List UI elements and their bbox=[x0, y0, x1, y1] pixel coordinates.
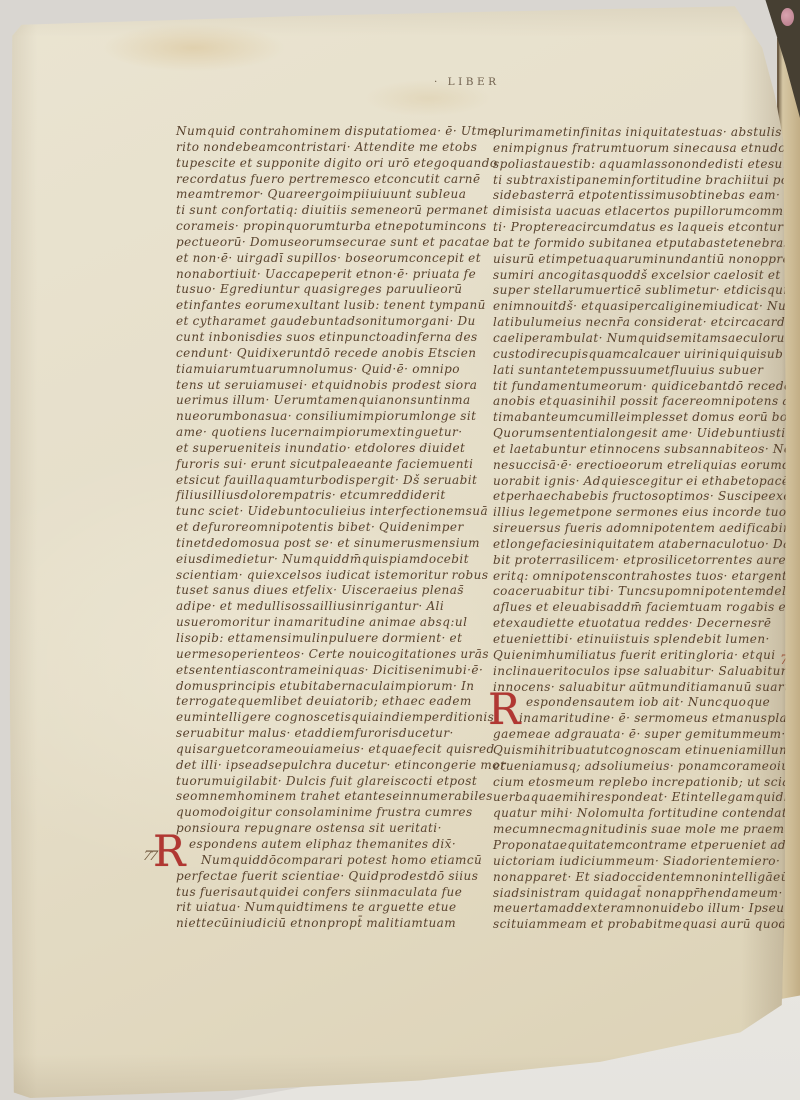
text-line: innocens· saluabitur aūtmunditiamanuū su… bbox=[493, 680, 795, 696]
text-line: super stellarumuerticē sublimetur· etdic… bbox=[493, 283, 795, 299]
text-line: nonabortiuit· Uaccapeperit etnon·ē· priu… bbox=[176, 267, 476, 283]
rubric-initial-block-right: R espondensautem iob ait· Nuncquoque ina… bbox=[493, 695, 795, 727]
text-line: et laetabuntur etinnocens subsannabiteos… bbox=[493, 442, 795, 458]
text-line: quatur mihi· Nolomulta fortitudine conte… bbox=[493, 806, 795, 822]
column-left-body: Numquid contrahominem disputatiomea· ē· … bbox=[176, 124, 476, 837]
text-line: espondensautem iob ait· Nuncquoque bbox=[493, 695, 795, 711]
text-line: ti sunt confortatiq: diuitiis semeneorū … bbox=[176, 203, 476, 219]
text-line: gaemeae adgrauata· ē· super gemitummeum· bbox=[493, 727, 795, 743]
text-line: perfectae fuerit scientiae· Quidprodestd… bbox=[176, 869, 476, 885]
text-line: sumiri ancogitasquoddš excelsior caelosi… bbox=[493, 268, 795, 284]
text-line: et superueniteis inundatio· etdolores di… bbox=[176, 441, 476, 457]
text-line: siadsinistram quidagat̄ nonappr̄hendameu… bbox=[493, 886, 795, 902]
text-line: terrogatequemlibet deuiatorib; ethaec ea… bbox=[176, 694, 476, 710]
text-line: timabanteumcumilleimplesset domus eorū b… bbox=[493, 410, 795, 426]
text-line: usueromoritur inamaritudine animae absq:… bbox=[176, 615, 476, 631]
text-line: tupescite et supponite digito ori urō et… bbox=[176, 156, 476, 172]
text-line: eiusdimedietur· Numquiddm̄quispiamdocebi… bbox=[176, 552, 476, 568]
text-line: illius legemetpone sermones eius incorde… bbox=[493, 505, 795, 521]
text-line: Numquiddōcomparari potest homo etiamcū bbox=[176, 853, 476, 869]
text-line: custodirecupisquamcalcauer uiriniquiquis… bbox=[493, 347, 795, 363]
text-line: bit proterrasilicem· etprosilicetorrente… bbox=[493, 553, 795, 569]
text-line: tiamuiarumtuarumnolumus· Quid·ē· omnipo bbox=[176, 362, 476, 378]
drop-cap-initial: R bbox=[153, 834, 186, 870]
text-line: espondens autem eliphaz themanites dix̄· bbox=[176, 837, 476, 853]
text-line: corameis· propinquorumturba etnepotuminc… bbox=[176, 219, 476, 235]
text-line: uictoriam iudiciummeum· Siadorientemiero… bbox=[493, 854, 795, 870]
text-line: tusuo· Egrediuntur quasigreges paruulieo… bbox=[176, 282, 476, 298]
text-line: aflues et eleuabisaddm̄ faciemtuam rogab… bbox=[493, 600, 795, 616]
text-line: etlongefaciesiniquitatem atabernaculotuo… bbox=[493, 537, 795, 553]
text-line: cium etosmeum replebo increpationib; ut … bbox=[493, 775, 795, 791]
text-line: det illi· ipseadsepulchra ducetur· etinc… bbox=[176, 758, 476, 774]
text-column-left: Numquid contrahominem disputatiomea· ē· … bbox=[176, 124, 476, 932]
text-line: domusprincipis etubitabernaculaimpiorum·… bbox=[176, 679, 476, 695]
text-line: eumintelligere cognoscetisquiaindiemperd… bbox=[176, 710, 476, 726]
text-line: uisurū etimpetuaquaruminundantiū nonoppr… bbox=[493, 252, 795, 268]
text-line: etueniettibi· etinuiistuis splendebit lu… bbox=[493, 632, 795, 648]
text-line: sireuersus fueris adomnipotentem aedific… bbox=[493, 521, 795, 537]
text-line: quomodoigitur consolaminime frustra cumr… bbox=[176, 805, 476, 821]
text-line: bat te formido subitanea etputabastetene… bbox=[493, 236, 795, 252]
text-column-right: plurimametinfinitas iniquitatestuas· abs… bbox=[493, 125, 795, 933]
text-line: uerimus illum· Uerumtamenquianonsuntinma bbox=[176, 393, 476, 409]
text-line: niettecūiniudiciū etnonpropt̄ malitiamtu… bbox=[176, 916, 476, 932]
text-line: ti subtraxistipaneminfortitudine brachii… bbox=[493, 173, 795, 189]
text-line: uermesoperienteos· Certe nouicogitatione… bbox=[176, 647, 476, 663]
text-line: enimnouitdš· etquasipercaliginemiudicat·… bbox=[493, 299, 795, 315]
text-line: etueniamusq; adsoliumeius· ponamcorameoi… bbox=[493, 759, 795, 775]
text-line: et cytharamet gaudebuntadsonitumorgani· … bbox=[176, 314, 476, 330]
text-line: Numquid contrahominem disputatiomea· ē· … bbox=[176, 124, 476, 140]
text-line: inamaritudine· ē· sermomeus etmanuspla bbox=[493, 711, 795, 727]
binding-ornament bbox=[781, 8, 794, 26]
text-line: seruabitur malus· etaddiemfurorisducetur… bbox=[176, 726, 476, 742]
text-line: adipe· et medullisossailliusinrigantur· … bbox=[176, 599, 476, 615]
text-line: latibulumeius necnr̄a considerat· etcirc… bbox=[493, 315, 795, 331]
text-line: Quienimhumiliatus fuerit eritingloria· e… bbox=[493, 648, 795, 664]
text-line: scientiam· quiexcelsos iudicat istemorit… bbox=[176, 568, 476, 584]
text-line: Proponataequitatemcontrame etperueniet a… bbox=[493, 838, 795, 854]
text-line: Quorumsententialongesit ame· Uidebuntius… bbox=[493, 426, 795, 442]
text-line: ponsioura repugnare ostensa sit ueritati… bbox=[176, 821, 476, 837]
text-line: nesuccisā·ē· erectioeorum etreliquias eo… bbox=[493, 458, 795, 474]
text-line: mecumnecmagnitudinis suae mole me praema… bbox=[493, 822, 795, 838]
text-line: tuorumuigilabit· Dulcis fuit glareiscoct… bbox=[176, 774, 476, 790]
text-line: recordatus fuero pertremesco etconcutit … bbox=[176, 172, 476, 188]
text-line: etsicut fauillaquamturbodispergit· Dš se… bbox=[176, 473, 476, 489]
text-line: cunt inbonisdies suos etinpunctoadinfern… bbox=[176, 330, 476, 346]
text-line: lati suntantetempussuumetfluuius subuer bbox=[493, 363, 795, 379]
text-line: etsententiascontrameiniquas· Dicitisenim… bbox=[176, 663, 476, 679]
text-line: seomnemhominem trahet etanteseinnumerabi… bbox=[176, 789, 476, 805]
text-line: tuset sanus diues etfelix· Uisceraeius p… bbox=[176, 583, 476, 599]
text-line: etexaudiette etuotatua reddes· Decernesr… bbox=[493, 616, 795, 632]
text-line: spoliastauestib: aquamlassonondedisti et… bbox=[493, 157, 795, 173]
text-line: uerbaquaemihirespondeat· Etintellegamqui… bbox=[493, 790, 795, 806]
text-line: rit uiatua· Numquidtimens te arguette et… bbox=[176, 900, 476, 916]
text-line: nueorumbonasua· consiliumimpiorumlonge s… bbox=[176, 409, 476, 425]
text-line: enimpignus fratrumtuorum sinecausa etnud… bbox=[493, 141, 795, 157]
text-line: caeliperambulat· Numquidsemitamsaeculoru… bbox=[493, 331, 795, 347]
text-line: tens ut seruiamusei· etquidnobis prodest… bbox=[176, 378, 476, 394]
text-line: tus fuerisautquidei confers siinmaculata… bbox=[176, 885, 476, 901]
text-line: uorabit ignis· Adquiescegitur ei ethabet… bbox=[493, 474, 795, 490]
text-line: quisarguetcorameouiameius· etquaefecit q… bbox=[176, 742, 476, 758]
text-line: et defuroreomnipotentis bibet· Quidenimp… bbox=[176, 520, 476, 536]
text-line: rito nondebeamcontristari· Attendite me … bbox=[176, 140, 476, 156]
text-line: etinfantes eorumexultant lusib: tenent t… bbox=[176, 298, 476, 314]
text-line: pectueorū· Domuseorumsecurae sunt et pac… bbox=[176, 235, 476, 251]
text-line: coaceruabitur tibi· Tuncsupomnipotentemd… bbox=[493, 584, 795, 600]
column-right-tail: gaemeae adgrauata· ē· super gemitummeum·… bbox=[493, 727, 795, 933]
text-line: filiusilliusdolorempatris· etcumreddider… bbox=[176, 488, 476, 504]
rubric-initial-block-left: R espondens autem eliphaz themanites dix… bbox=[176, 837, 476, 869]
drop-cap-initial: R bbox=[488, 692, 521, 728]
text-line: plurimametinfinitas iniquitatestuas· abs… bbox=[493, 125, 795, 141]
text-line: scituiammeam et probabitmequasi aurū quo… bbox=[493, 917, 795, 933]
text-line: meuertamaddexteramnonuidebo illum· Ipseu… bbox=[493, 901, 795, 917]
text-line: tunc sciet· Uidebuntoculieius interfecti… bbox=[176, 504, 476, 520]
column-right-body: plurimametinfinitas iniquitatestuas· abs… bbox=[493, 125, 795, 695]
text-line: sidebasterrā etpotentissimusobtinebas ea… bbox=[493, 188, 795, 204]
text-line: inclinaueritoculos ipse saluabitur· Salu… bbox=[493, 664, 795, 680]
text-line: Quismihitribuatutcognoscam etinueniamill… bbox=[493, 743, 795, 759]
text-line: etperhaechabebis fructosoptimos· Suscipe… bbox=[493, 489, 795, 505]
text-line: eritq: omnipotenscontrahostes tuos· etar… bbox=[493, 569, 795, 585]
text-line: nonapparet· Et siadoccidentemnonintellig… bbox=[493, 870, 795, 886]
text-line: lisopib: ettamensimulinpuluere dormient·… bbox=[176, 631, 476, 647]
text-line: ti· Proptereacircumdatus es laqueis etco… bbox=[493, 220, 795, 236]
text-line: ame· quotiens lucernaimpiorumextinguetur… bbox=[176, 425, 476, 441]
text-line: dimisista uacuas etlacertos pupillorumco… bbox=[493, 204, 795, 220]
text-line: meamtremor· Quareergoimpiiuiuunt subleua bbox=[176, 187, 476, 203]
column-left-tail: perfectae fuerit scientiae· Quidprodestd… bbox=[176, 869, 476, 932]
text-line: tit fundamentumeorum· quidicebantdō rece… bbox=[493, 379, 795, 395]
text-line: et non·ē· uirgadī supillos· boseorumconc… bbox=[176, 251, 476, 267]
text-line: furoris sui· erunt sicutpaleaeante facie… bbox=[176, 457, 476, 473]
text-line: anobis etquasinihil possit facereomnipot… bbox=[493, 394, 795, 410]
running-title: · LIBER bbox=[434, 76, 500, 88]
text-line: cendunt· Quidixeruntdō recede anobis Ets… bbox=[176, 346, 476, 362]
text-line: tinetdedomosua post se· et sinumerusmens… bbox=[176, 536, 476, 552]
manuscript-page: · LIBER 77 73 Numquid contrahominem disp… bbox=[6, 4, 788, 1098]
